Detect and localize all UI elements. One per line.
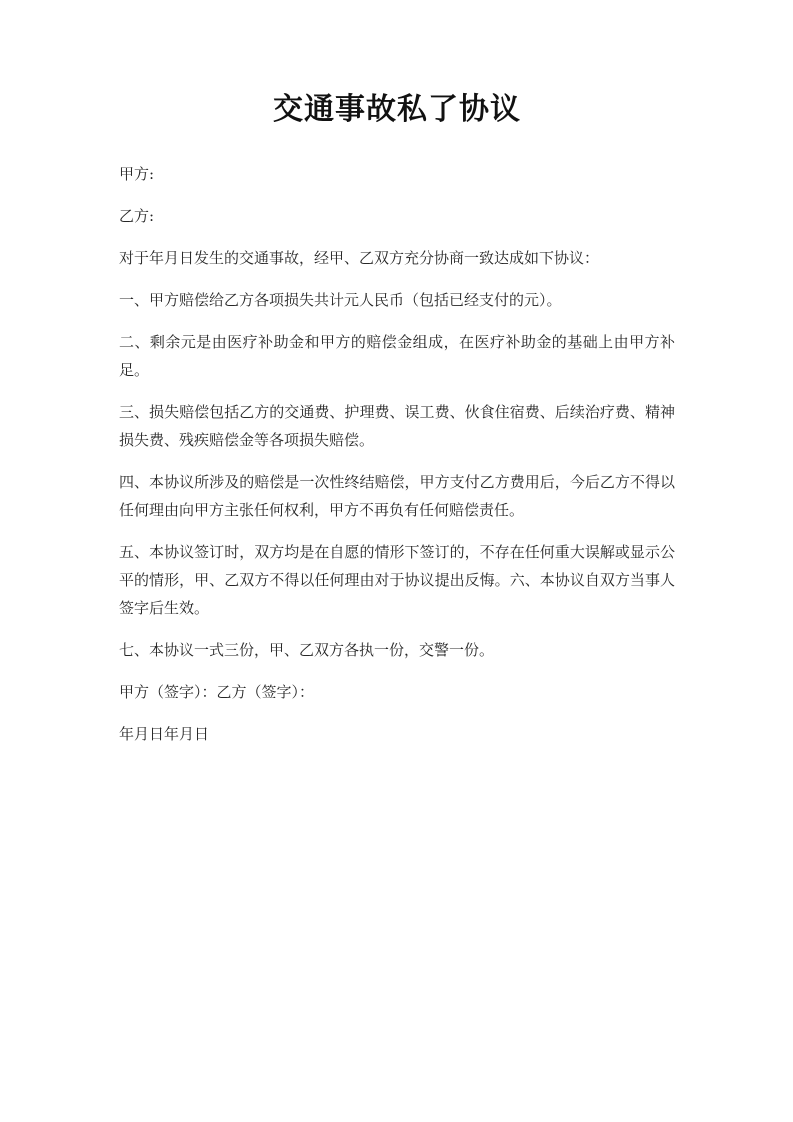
clause-2: 二、剩余元是由医疗补助金和甲方的赔偿金组成，在医疗补助金的基础上由甲方补足。 bbox=[119, 328, 675, 384]
date-line: 年月日年月日 bbox=[119, 720, 675, 748]
clause-3: 三、损失赔偿包括乙方的交通费、护理费、误工费、伙食住宿费、后续治疗费、精神损失费… bbox=[119, 398, 675, 454]
party-b-line: 乙方: bbox=[119, 202, 675, 230]
document-page: 交通事故私了协议 甲方: 乙方: 对于年月日发生的交通事故，经甲、乙双方充分协商… bbox=[0, 0, 793, 1122]
document-title: 交通事故私了协议 bbox=[119, 90, 675, 130]
clause-5-6: 五、本协议签订时，双方均是在自愿的情形下签订的，不存在任何重大误解或显示公平的情… bbox=[119, 538, 675, 622]
clause-7: 七、本协议一式三份，甲、乙双方各执一份，交警一份。 bbox=[119, 636, 675, 664]
clause-1: 一、甲方赔偿给乙方各项损失共计元人民币（包括已经支付的元）。 bbox=[119, 286, 675, 314]
clause-4: 四、本协议所涉及的赔偿是一次性终结赔偿，甲方支付乙方费用后，今后乙方不得以任何理… bbox=[119, 468, 675, 524]
party-a-line: 甲方: bbox=[119, 160, 675, 188]
intro-line: 对于年月日发生的交通事故，经甲、乙双方充分协商一致达成如下协议： bbox=[119, 244, 675, 272]
signature-line: 甲方（签字）：乙方（签字）： bbox=[119, 678, 675, 706]
